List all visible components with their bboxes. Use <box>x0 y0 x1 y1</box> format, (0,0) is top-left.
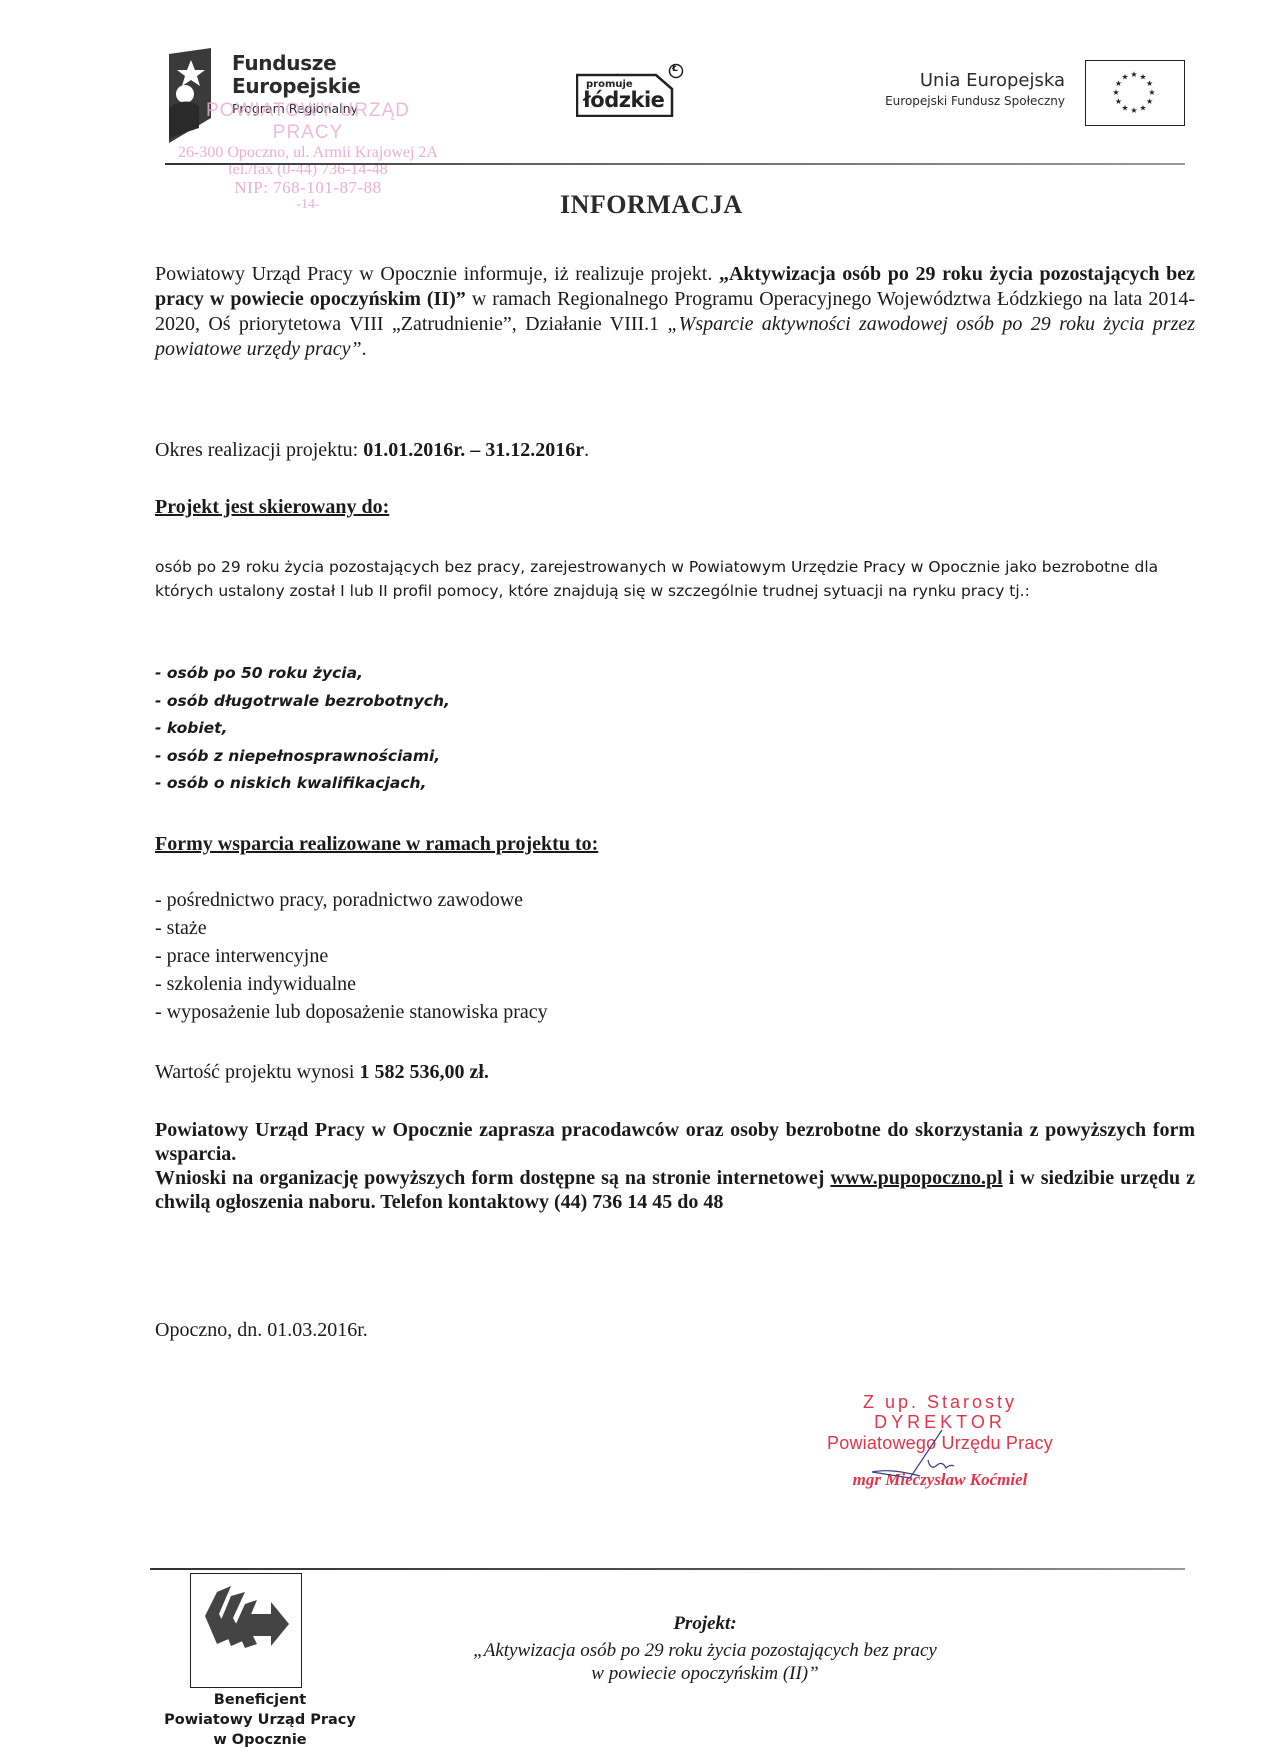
svg-text:★: ★ <box>1130 106 1137 115</box>
eu-flag-icon: ★★★★★★★★★★★★ <box>1085 60 1185 126</box>
svg-text:★: ★ <box>1130 70 1137 79</box>
period-end: . <box>584 439 589 461</box>
svg-text:★: ★ <box>1139 104 1146 113</box>
target-group-item: - kobiet, <box>155 715 450 743</box>
support-form-item: - pośrednictwo pracy, poradnictwo zawodo… <box>155 886 548 914</box>
sig-line1: Z up. Starosty <box>790 1392 1090 1412</box>
intro-paragraph: Powiatowy Urząd Pracy w Opocznie informu… <box>155 262 1195 362</box>
header-divider <box>165 163 1185 165</box>
stamp-line-0: POWIATOWY URZĄD PRACY <box>168 100 448 144</box>
invitation-line1: Powiatowy Urząd Pracy w Opocznie zaprasz… <box>155 1118 1195 1166</box>
target-group-item: - osób z niepełnosprawnościami, <box>155 743 450 771</box>
office-address-stamp: POWIATOWY URZĄD PRACY 26-300 Opoczno, ul… <box>168 100 448 213</box>
fe-line1: Fundusze <box>232 52 361 75</box>
unia-europejska-wordmark: Unia Europejska Europejski Fundusz Społe… <box>820 70 1065 108</box>
svg-text:★: ★ <box>1121 104 1128 113</box>
footer-project-label: Projekt: <box>380 1612 1030 1635</box>
stamp-line-1: 26-300 Opoczno, ul. Armii Krajowej 2A <box>168 144 448 161</box>
value-label: Wartość projektu wynosi <box>155 1061 359 1083</box>
lodzkie-big: łódzkie <box>583 88 664 112</box>
footer-project-title1: „Aktywizacja osób po 29 roku życia pozos… <box>380 1639 1030 1662</box>
invitation-line2-pre: Wnioski na organizację powyższych form d… <box>155 1167 830 1189</box>
support-form-item: - staże <box>155 914 548 942</box>
fe-line2: Europejskie <box>232 75 361 98</box>
support-form-item: - prace interwencyjne <box>155 942 548 970</box>
invitation-line2: Wnioski na organizację powyższych form d… <box>155 1166 1195 1214</box>
stamp-line-3: NIP: 768-101-87-88 <box>168 178 448 197</box>
beneficiary-name1: Powiatowy Urząd Pracy <box>140 1710 380 1730</box>
eu-subtitle: Europejski Fundusz Społeczny <box>820 94 1065 108</box>
target-heading: Projekt jest skierowany do: <box>155 495 1195 520</box>
project-value-line: Wartość projektu wynosi 1 582 536,00 zł. <box>155 1060 1195 1085</box>
place-date: Opoczno, dn. 01.03.2016r. <box>155 1318 1195 1343</box>
svg-text:★: ★ <box>1121 72 1128 81</box>
stamp-line-4: -14- <box>168 197 448 213</box>
beneficiary-title: Beneficjent <box>140 1690 380 1710</box>
svg-text:★: ★ <box>1112 88 1119 97</box>
svg-text:★: ★ <box>1146 97 1153 106</box>
intro-end: . <box>362 338 367 360</box>
promuje-lodzkie-logo: Ł promuje łódzkie <box>576 63 684 117</box>
period-label: Okres realizacji projektu: <box>155 439 363 461</box>
target-groups-list: - osób po 50 roku życia,- osób długotrwa… <box>155 660 450 798</box>
footer-project: Projekt: „Aktywizacja osób po 29 roku ży… <box>380 1612 1030 1685</box>
beneficiary-name2: w Opocznie <box>140 1730 380 1750</box>
period-value: 01.01.2016r. – 31.12.2016r <box>363 439 584 461</box>
support-form-item: - szkolenia indywidualne <box>155 970 548 998</box>
target-group-item: - osób po 50 roku życia, <box>155 660 450 688</box>
svg-text:★: ★ <box>1115 97 1122 106</box>
website-link[interactable]: www.pupopoczno.pl <box>830 1167 1002 1189</box>
target-group-item: - osób długotrwale bezrobotnych, <box>155 688 450 716</box>
target-description: osób po 29 roku życia pozostających bez … <box>155 555 1195 603</box>
footer-divider <box>150 1568 1185 1570</box>
intro-part1: Powiatowy Urząd Pracy w Opocznie informu… <box>155 263 719 285</box>
handwritten-signature-icon <box>850 1428 990 1488</box>
svg-text:★: ★ <box>1146 79 1153 88</box>
beneficiary-label: Beneficjent Powiatowy Urząd Pracy w Opoc… <box>140 1690 380 1750</box>
support-forms-list: - pośrednictwo pracy, poradnictwo zawodo… <box>155 886 548 1026</box>
target-group-item: - osób o niskich kwalifikacjach, <box>155 770 450 798</box>
document-title: INFORMACJA <box>560 190 743 220</box>
svg-text:★: ★ <box>1148 88 1155 97</box>
period-line: Okres realizacji projektu: 01.01.2016r. … <box>155 438 1195 463</box>
invitation-paragraph: Powiatowy Urząd Pracy w Opocznie zaprasz… <box>155 1118 1195 1214</box>
value-amount: 1 582 536,00 zł. <box>359 1061 488 1083</box>
lodzkie-mark: Ł <box>672 64 678 74</box>
eu-title: Unia Europejska <box>820 70 1065 91</box>
support-form-item: - wyposażenie lub doposażenie stanowiska… <box>155 998 548 1026</box>
beneficiary-arrows-icon <box>190 1573 302 1688</box>
footer-project-title2: w powiecie opoczyńskim (II)” <box>380 1662 1030 1685</box>
forms-heading: Formy wsparcia realizowane w ramach proj… <box>155 832 1195 857</box>
